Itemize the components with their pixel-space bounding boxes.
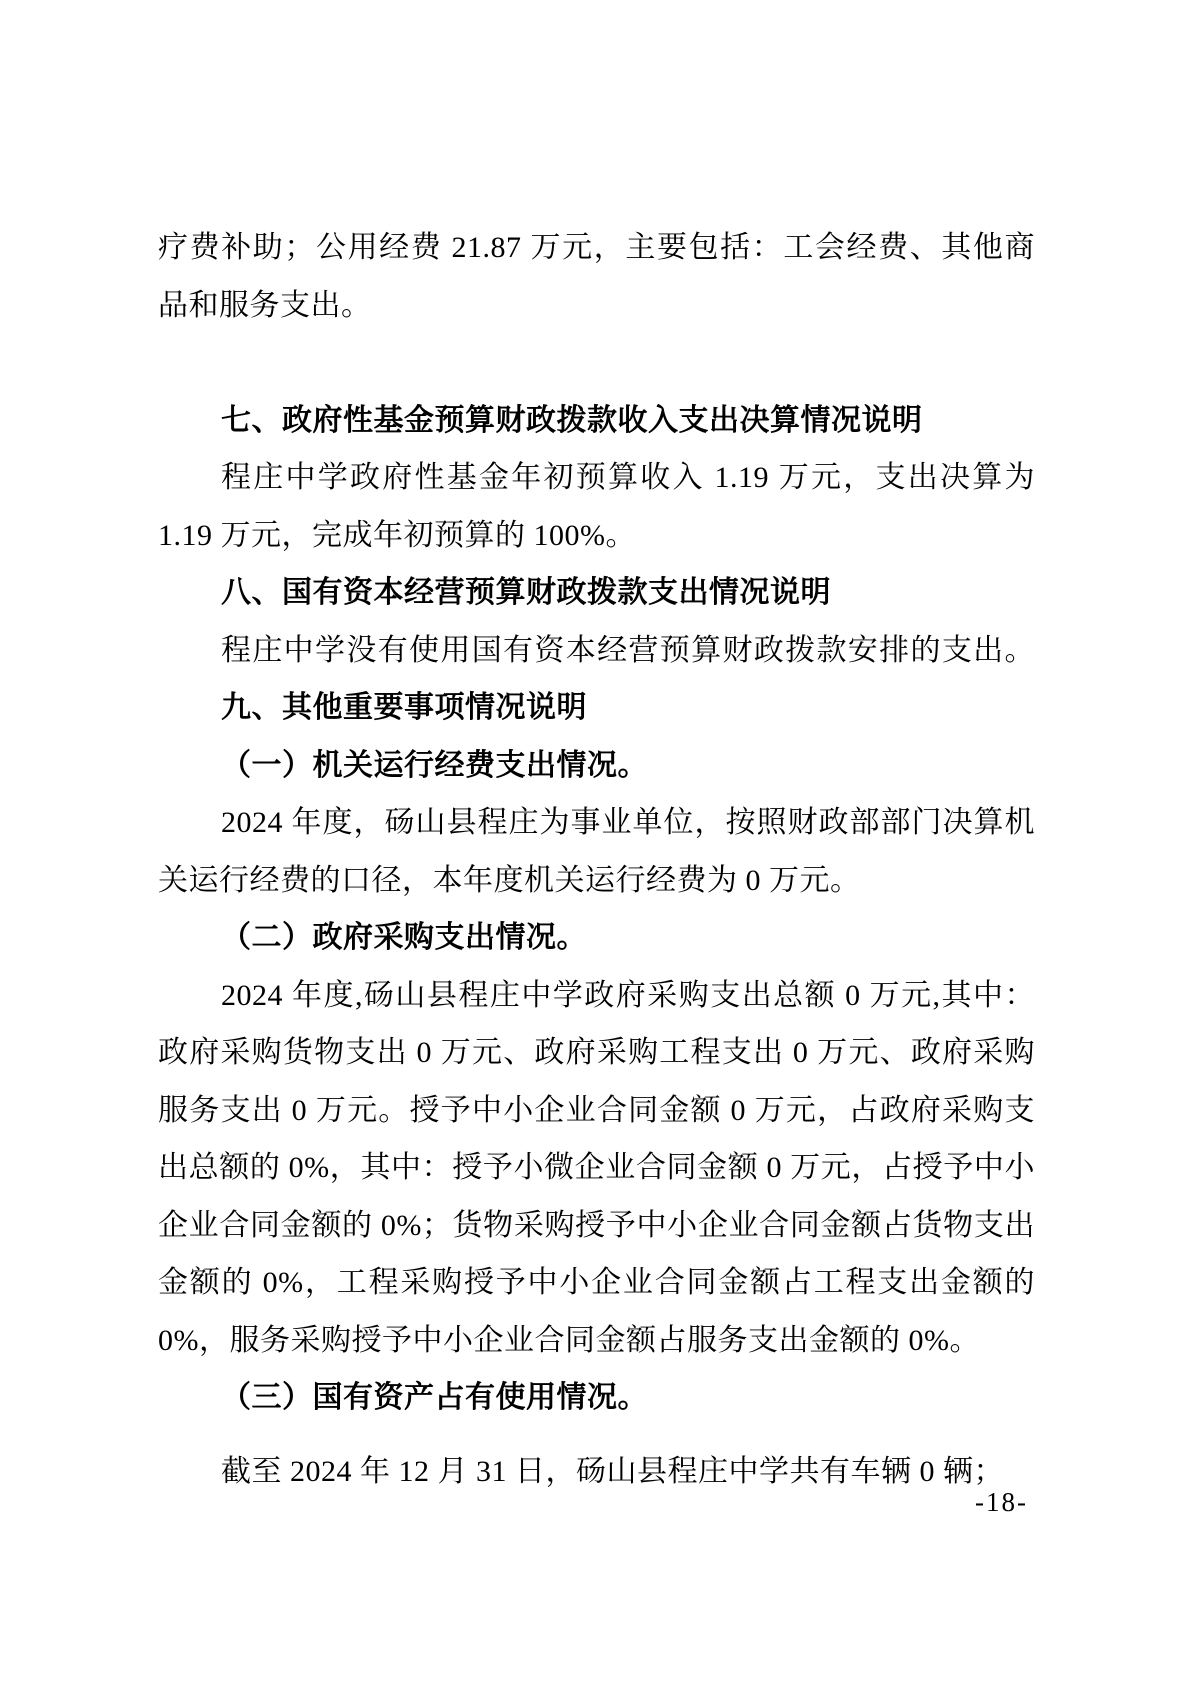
document-content: 疗费补助；公用经费 21.87 万元，主要包括：工会经费、其他商 品和服务支出。… [158,219,1035,1500]
section-heading-9: 九、其他重要事项情况说明 [158,679,1035,737]
page-number: -18- [975,1484,1028,1520]
paragraph-line: 服务支出 0 万元。授予中小企业合同金额 0 万元，占政府采购支 [158,1082,1035,1140]
paragraph-line: 2024 年度,砀山县程庄中学政府采购支出总额 0 万元,其中： [158,967,1035,1025]
paragraph-line: 2024 年度，砀山县程庄为事业单位，按照财政部部门决算机 [158,794,1035,852]
paragraph-line: 政府采购货物支出 0 万元、政府采购工程支出 0 万元、政府采购 [158,1024,1035,1082]
document-page: 疗费补助；公用经费 21.87 万元，主要包括：工会经费、其他商 品和服务支出。… [0,0,1190,1683]
paragraph-line: 1.19 万元，完成年初预算的 100%。 [158,507,1035,565]
paragraph-line: 截至 2024 年 12 月 31 日，砀山县程庄中学共有车辆 0 辆； [158,1443,1035,1501]
subsection-heading-2: （二）政府采购支出情况。 [158,909,1035,967]
paragraph-line: 0%，服务采购授予中小企业合同金额占服务支出金额的 0%。 [158,1312,1035,1370]
paragraph-line: 程庄中学政府性基金年初预算收入 1.19 万元，支出决算为 [158,449,1035,507]
paragraph-line: 疗费补助；公用经费 21.87 万元，主要包括：工会经费、其他商 [158,219,1035,277]
paragraph-line: 出总额的 0%，其中：授予小微企业合同金额 0 万元，占授予中小 [158,1139,1035,1197]
paragraph-line: 金额的 0%，工程采购授予中小企业合同金额占工程支出金额的 [158,1254,1035,1312]
paragraph-line: 关运行经费的口径，本年度机关运行经费为 0 万元。 [158,852,1035,910]
paragraph-line: 品和服务支出。 [158,277,1035,335]
subsection-heading-3: （三）国有资产占有使用情况。 [158,1369,1035,1427]
section-heading-7: 七、政府性基金预算财政拨款收入支出决算情况说明 [158,392,1035,450]
paragraph-line: 企业合同金额的 0%；货物采购授予中小企业合同金额占货物支出 [158,1197,1035,1255]
paragraph-line: 程庄中学没有使用国有资本经营预算财政拨款安排的支出。 [158,622,1035,680]
subsection-heading-1: （一）机关运行经费支出情况。 [158,737,1035,795]
section-heading-8: 八、国有资本经营预算财政拨款支出情况说明 [158,564,1035,622]
